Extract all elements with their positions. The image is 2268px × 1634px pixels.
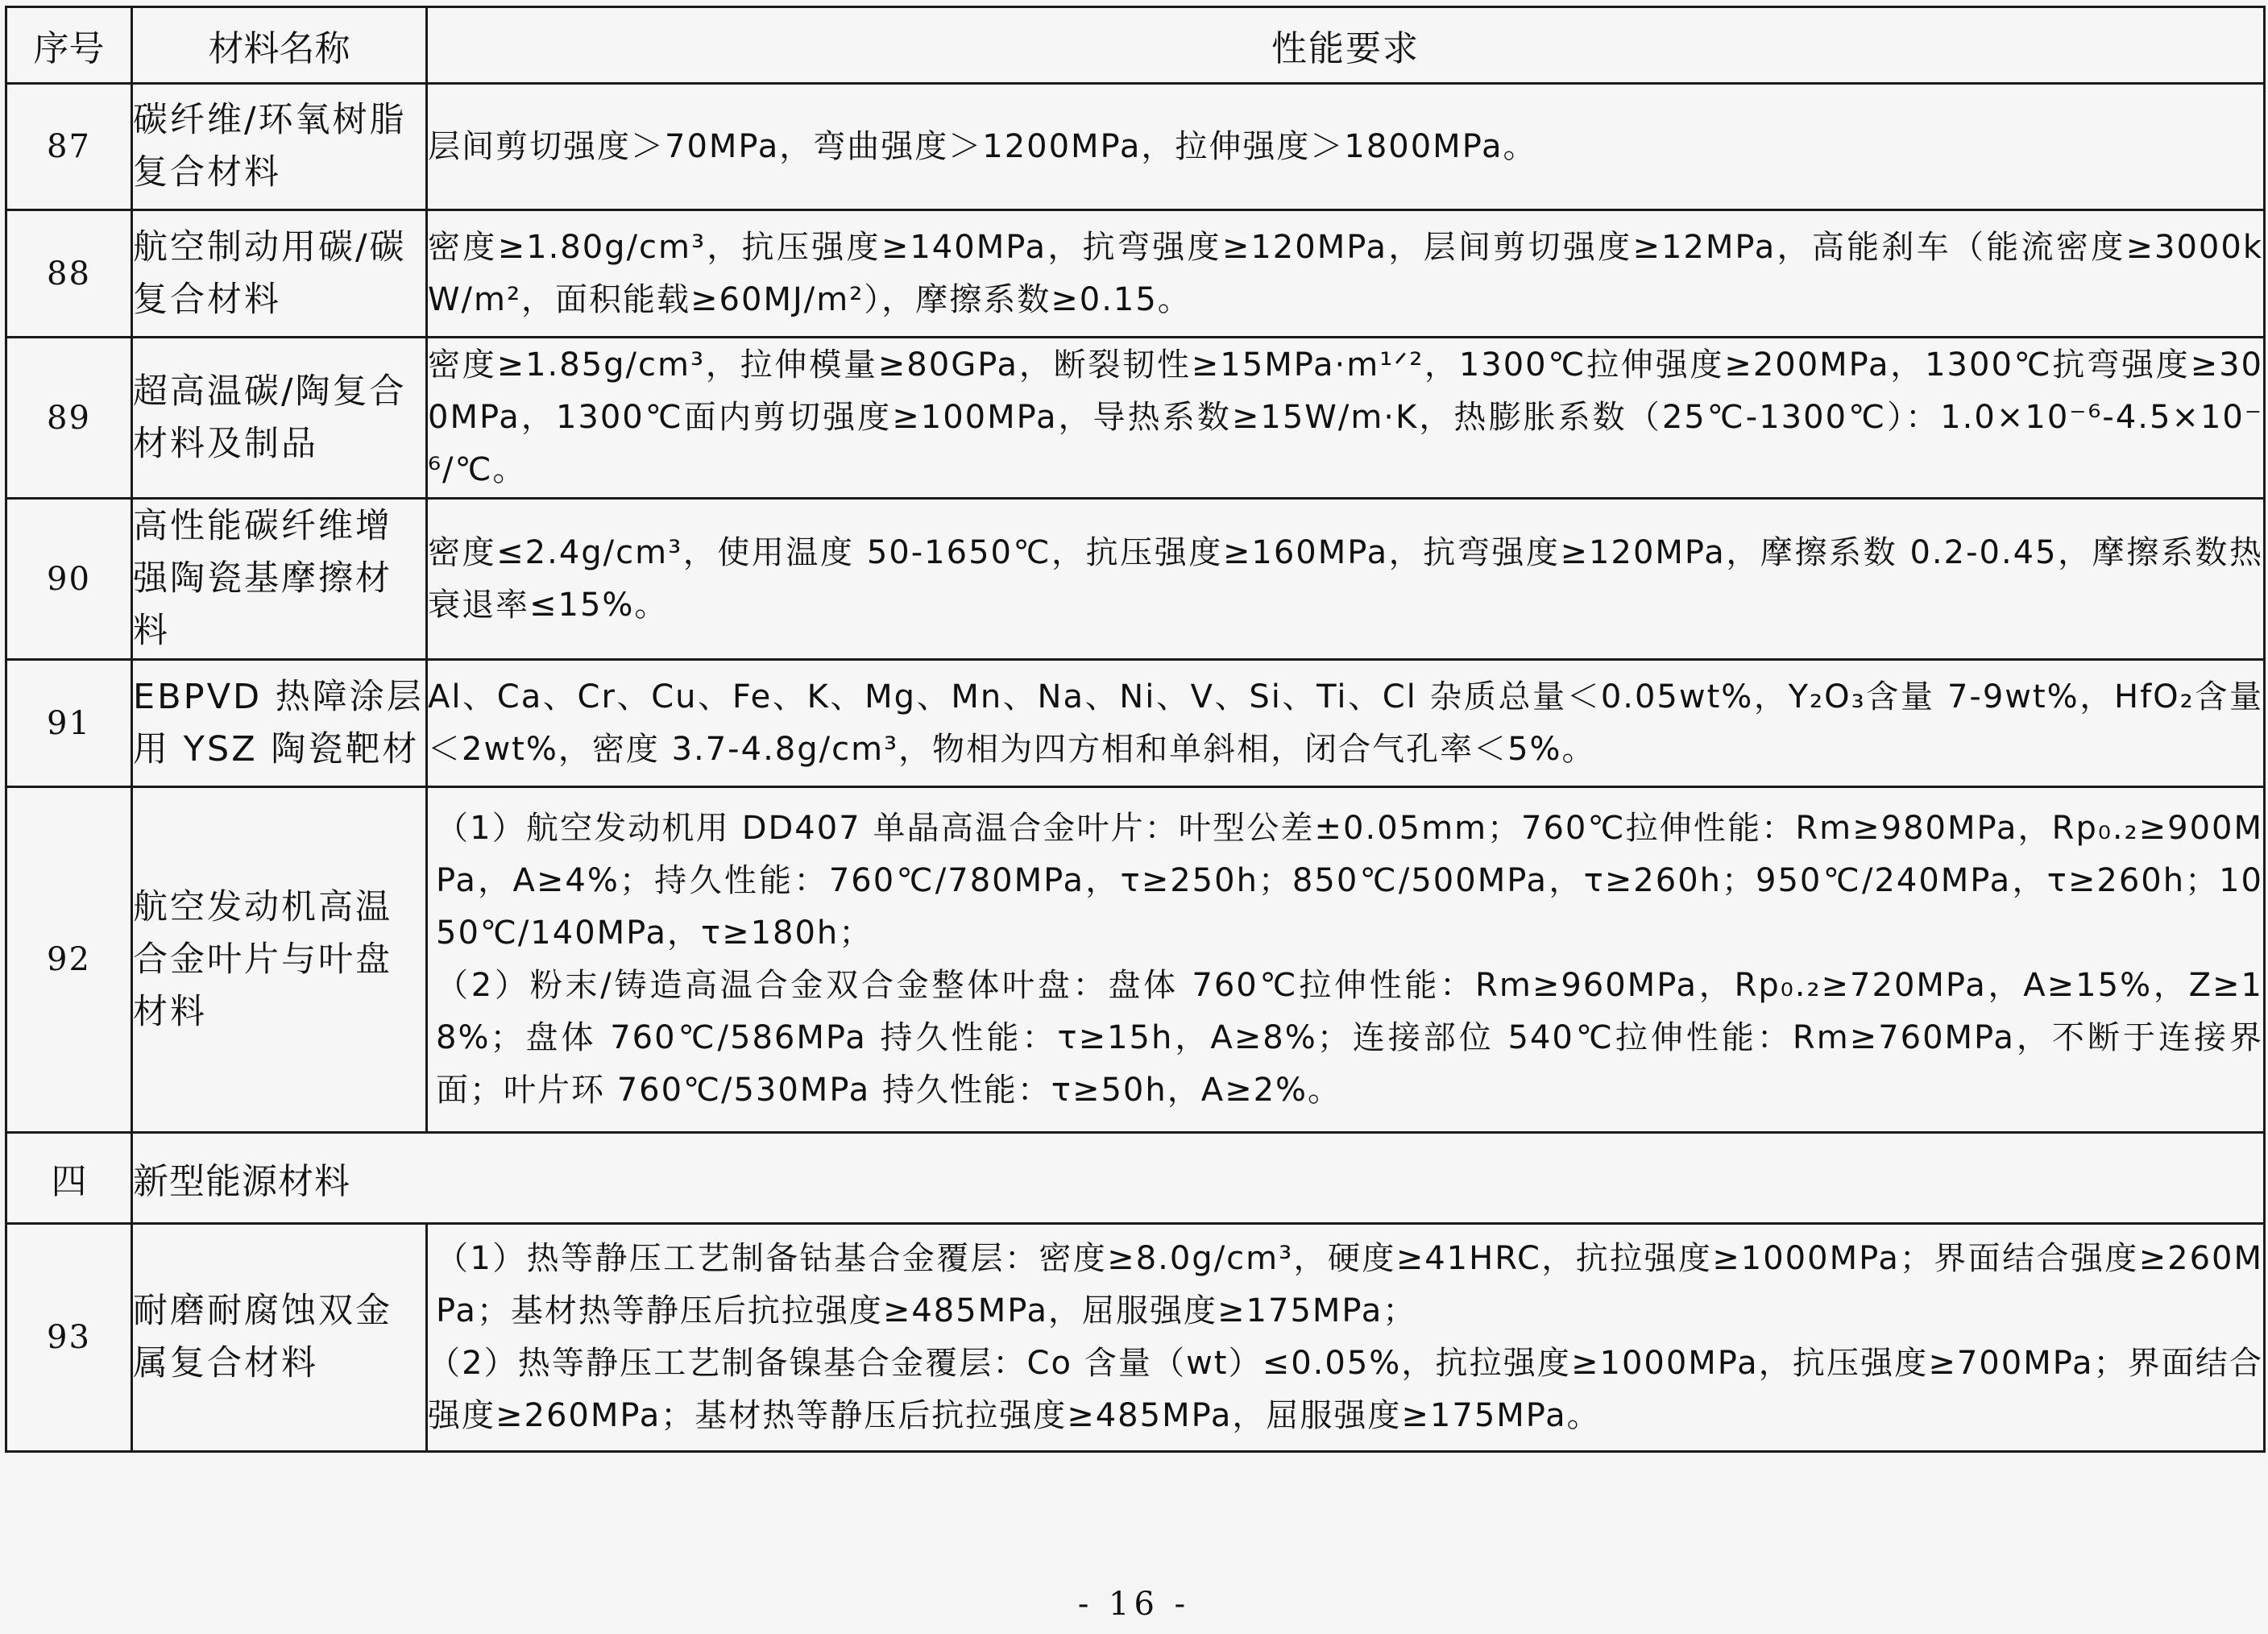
requirement-text: Al、Ca、Cr、Cu、Fe、K、Mg、Mn、Na、Ni、V、Si、Ti、Cl … [428,671,2263,776]
requirements-cell: 密度≥1.85g/cm³，拉伸模量≥80GPa，断裂韧性≥15MPa·m¹ᐟ²，… [427,338,2265,499]
requirement-item-1: （1）热等静压工艺制备钴基合金覆层：密度≥8.0g/cm³，硬度≥41HRC，抗… [428,1233,2263,1337]
materials-spec-table: 序号 材料名称 性能要求 87 碳纤维/环氧树脂复合材料 层间剪切强度＞70MP… [5,6,2266,1453]
material-name: 航空制动用碳/碳复合材料 [132,210,427,338]
requirement-item-2: （2）热等静压工艺制备镍基合金覆层：Co 含量（wt）≤0.05%，抗拉强度≥1… [428,1337,2263,1442]
requirements-cell: 层间剪切强度＞70MPa，弯曲强度＞1200MPa，拉伸强度＞1800MPa。 [427,84,2265,210]
header-requirements: 性能要求 [427,7,2265,84]
requirements-cell: Al、Ca、Cr、Cu、Fe、K、Mg、Mn、Na、Ni、V、Si、Ti、Cl … [427,660,2265,787]
table-row: 92 航空发动机高温合金叶片与叶盘材料 （1）航空发动机用 DD407 单晶高温… [6,787,2265,1133]
table-row: 93 耐磨耐腐蚀双金属复合材料 （1）热等静压工艺制备钴基合金覆层：密度≥8.0… [6,1224,2265,1452]
requirements-cell: （1）航空发动机用 DD407 单晶高温合金叶片：叶型公差±0.05mm；760… [427,787,2265,1133]
row-index: 87 [6,84,132,210]
section-index: 四 [6,1133,132,1224]
section-title: 新型能源材料 [132,1133,2265,1224]
table-row: 90 高性能碳纤维增强陶瓷基摩擦材料 密度≤2.4g/cm³，使用温度 50-1… [6,499,2265,660]
requirement-item-1: （1）航空发动机用 DD407 单晶高温合金叶片：叶型公差±0.05mm；760… [428,802,2263,960]
row-index: 89 [6,338,132,499]
document-page: 序号 材料名称 性能要求 87 碳纤维/环氧树脂复合材料 层间剪切强度＞70MP… [0,0,2268,1634]
header-index: 序号 [6,7,132,84]
material-name: 超高温碳/陶复合材料及制品 [132,338,427,499]
table-header-row: 序号 材料名称 性能要求 [6,7,2265,84]
header-material-name: 材料名称 [132,7,427,84]
table-row: 87 碳纤维/环氧树脂复合材料 层间剪切强度＞70MPa，弯曲强度＞1200MP… [6,84,2265,210]
row-index: 88 [6,210,132,338]
table-row: 91 EBPVD 热障涂层用 YSZ 陶瓷靶材 Al、Ca、Cr、Cu、Fe、K… [6,660,2265,787]
row-index: 92 [6,787,132,1133]
table-row: 88 航空制动用碳/碳复合材料 密度≥1.80g/cm³，抗压强度≥140MPa… [6,210,2265,338]
material-name: 碳纤维/环氧树脂复合材料 [132,84,427,210]
row-index: 90 [6,499,132,660]
requirement-text: 密度≥1.85g/cm³，拉伸模量≥80GPa，断裂韧性≥15MPa·m¹ᐟ²，… [428,339,2263,496]
row-index: 91 [6,660,132,787]
requirement-text: 密度≥1.80g/cm³，抗压强度≥140MPa，抗弯强度≥120MPa，层间剪… [428,222,2263,326]
section-header-row: 四 新型能源材料 [6,1133,2265,1224]
material-name: EBPVD 热障涂层用 YSZ 陶瓷靶材 [132,660,427,787]
table-row: 89 超高温碳/陶复合材料及制品 密度≥1.85g/cm³，拉伸模量≥80GPa… [6,338,2265,499]
material-name: 高性能碳纤维增强陶瓷基摩擦材料 [132,499,427,660]
requirement-text: 层间剪切强度＞70MPa，弯曲强度＞1200MPa，拉伸强度＞1800MPa。 [428,121,2263,173]
requirements-cell: 密度≥1.80g/cm³，抗压强度≥140MPa，抗弯强度≥120MPa，层间剪… [427,210,2265,338]
material-name: 耐磨耐腐蚀双金属复合材料 [132,1224,427,1452]
row-index: 93 [6,1224,132,1452]
page-number: - 16 - [0,1586,2268,1623]
material-name: 航空发动机高温合金叶片与叶盘材料 [132,787,427,1133]
requirement-text: 密度≤2.4g/cm³，使用温度 50-1650℃，抗压强度≥160MPa，抗弯… [428,527,2263,632]
requirements-cell: （1）热等静压工艺制备钴基合金覆层：密度≥8.0g/cm³，硬度≥41HRC，抗… [427,1224,2265,1452]
requirements-cell: 密度≤2.4g/cm³，使用温度 50-1650℃，抗压强度≥160MPa，抗弯… [427,499,2265,660]
requirement-item-2: （2）粉末/铸造高温合金双合金整体叶盘：盘体 760℃拉伸性能：Rm≥960MP… [428,960,2263,1117]
